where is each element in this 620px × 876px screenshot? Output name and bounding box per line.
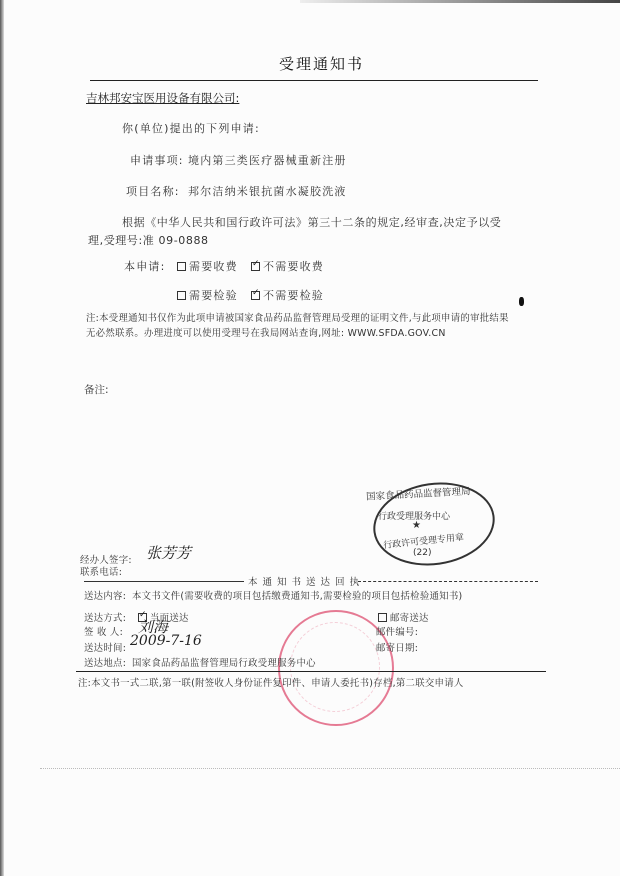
checkbox-fee-not-required[interactable] [251,262,260,271]
stamp-star-icon: ★ [412,520,421,531]
note-line1: 注:本受理通知书仅作为此项申请被国家食品药品监督管理局受理的证明文件,与此项申请… [86,310,509,324]
checkbox-inspection-not-required[interactable] [251,291,260,300]
option-label: 需要收费 [189,260,238,273]
recipient-label: 签 收 人: [84,624,123,638]
document-page: 受理通知书 吉林邦安宝医用设备有限公司: 你(单位)提出的下列申请: 申请事项:… [0,0,620,876]
delivery-time-value: 2009-7-16 [130,633,202,649]
checkbox-inspection-required[interactable] [177,291,186,300]
document-title: 受理通知书 [279,53,364,74]
this-application-label: 本申请: [124,258,166,274]
delivery-content-value: 本文书文件(需要收费的项目包括缴费通知书,需要检验的项目包括检验通知书) [132,588,462,602]
mail-number-label: 邮件编号: [376,624,418,638]
stamp-number: (22) [413,548,431,558]
delivery-content-label: 送达内容: [84,588,126,602]
contact-phone-label: 联系电话: [80,564,122,578]
remarks-label: 备注: [84,382,109,397]
application-item-value: 境内第三类医疗器械重新注册 [188,152,347,168]
option-fee-not-required[interactable]: 不需要收费 [251,258,324,274]
scan-speck [519,297,524,306]
checkbox-fee-required[interactable] [177,262,186,271]
delivery-time-label: 送达时间: [84,640,126,654]
option-label: 需要检验 [189,289,238,302]
scan-artifact-line [40,768,620,769]
intro-text: 你(单位)提出的下列申请: [122,120,260,136]
addressee: 吉林邦安宝医用设备有限公司: [86,90,239,106]
handler-signature: 张芳芳 [146,542,191,563]
delivery-by-mail[interactable]: 邮寄送达 [378,610,429,624]
application-item-label: 申请事项: [130,152,184,168]
receipt-heading: 本通知书送达回执 [248,574,364,588]
mail-date-label: 邮寄日期: [376,640,418,654]
legal-basis-line1: 根据《中华人民共和国行政许可法》第三十二条的规定,经审查,决定予以受 [122,214,501,230]
option-label: 不需要收费 [263,260,324,273]
option-inspection-required[interactable]: 需要检验 [177,287,238,303]
scan-edge-top [300,0,620,3]
option-inspection-not-required[interactable]: 不需要检验 [251,287,324,303]
footer-note: 注:本文书一式二联,第一联(附签收人身份证件复印件、申请人委托书)存档,第二联交… [78,675,464,689]
option-label: 不需要检验 [263,289,324,302]
delivery-place-value: 国家食品药品监督管理局行政受理服务中心 [132,655,316,669]
project-name-value: 邦尔洁纳米银抗菌水凝胶洗液 [188,183,347,199]
delivery-place-label: 送达地点: [84,655,126,669]
option-fee-required[interactable]: 需要收费 [177,258,238,274]
option-label: 邮寄送达 [390,613,429,624]
project-name-label: 项目名称: [126,183,180,199]
scan-edge-left [0,0,4,876]
title-divider [90,80,538,81]
checkbox-by-mail[interactable] [378,613,387,622]
delivery-method-label: 送达方式: [84,610,126,624]
receipt-divider-left [84,581,244,582]
legal-basis-line2: 理,受理号:准 09-0888 [88,232,209,248]
receipt-divider-right [358,581,538,582]
footer-divider [76,671,546,672]
note-line2: 无必然联系。办理进度可以使用受理号在我局网站查询,网址: WWW.SFDA.GO… [86,325,446,339]
